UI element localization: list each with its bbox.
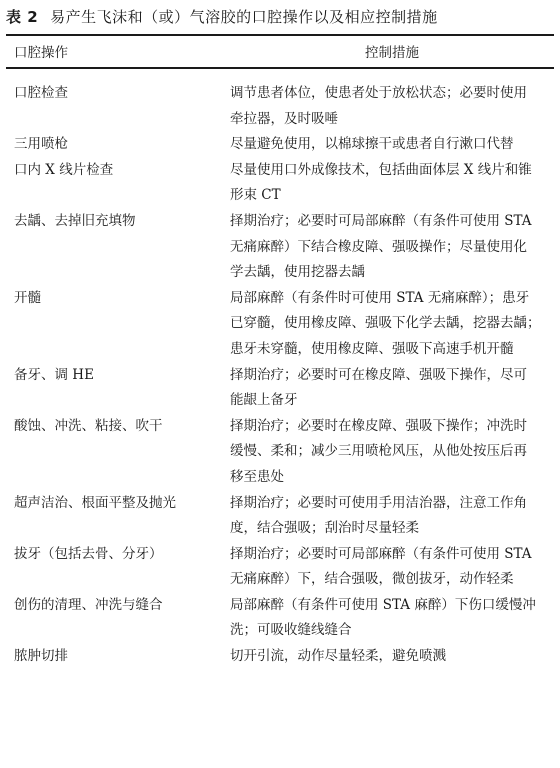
table-row: 开髓局部麻醉（有条件时可使用 STA 无痛麻醉）；患牙已穿髓，使用橡皮障、强吸下… xyxy=(0,286,560,363)
header-rule xyxy=(6,67,554,69)
control-cell: 局部麻醉（有条件可使用 STA 麻醉）下伤口缓慢冲洗；可吸收缝线缝合 xyxy=(230,593,554,644)
control-cell: 尽量避免使用，以棉球擦干或患者自行漱口代替 xyxy=(230,132,554,158)
control-line: 调节患者体位，使患者处于放松状态；必要时使用 xyxy=(230,81,554,107)
control-line: 择期治疗；必要时可局部麻醉（有条件可使用 STA xyxy=(230,542,554,568)
control-line: 能龈上备牙 xyxy=(230,388,554,414)
control-cell: 局部麻醉（有条件时可使用 STA 无痛麻醉）；患牙已穿髓，使用橡皮障、强吸下化学… xyxy=(230,286,554,363)
control-cell: 切开引流，动作尽量轻柔，避免喷溅 xyxy=(230,644,554,670)
control-cell: 调节患者体位，使患者处于放松状态；必要时使用牵拉器，及时吸唾 xyxy=(230,81,554,132)
operation-cell: 去龋、去掉旧充填物 xyxy=(0,209,230,286)
operation-cell: 酸蚀、冲洗、粘接、吹干 xyxy=(0,414,230,491)
column-header-operation: 口腔操作 xyxy=(14,40,68,66)
control-line: 牵拉器，及时吸唾 xyxy=(230,107,554,133)
control-cell: 择期治疗；必要时可局部麻醉（有条件可使用 STA无痛麻醉）下，结合强吸，微创拔牙… xyxy=(230,542,554,593)
table-number: 表 2 xyxy=(6,8,38,26)
control-line: 局部麻醉（有条件可使用 STA 麻醉）下伤口缓慢冲 xyxy=(230,593,554,619)
operation-cell: 备牙、调 HE xyxy=(0,363,230,414)
control-cell: 择期治疗；必要时可使用手用洁治器，注意工作角度，结合强吸；刮治时尽量轻柔 xyxy=(230,491,554,542)
control-line: 无痛麻醉）下，结合强吸，微创拔牙，动作轻柔 xyxy=(230,567,554,593)
control-line: 择期治疗；必要时可使用手用洁治器，注意工作角 xyxy=(230,491,554,517)
table-row: 脓肿切排切开引流，动作尽量轻柔，避免喷溅 xyxy=(0,644,560,670)
operation-cell: 创伤的清理、冲洗与缝合 xyxy=(0,593,230,644)
operation-cell: 口内 X 线片检查 xyxy=(0,158,230,209)
control-line: 缓慢、柔和；减少三用喷枪风压，从他处按压后再 xyxy=(230,439,554,465)
control-line: 切开引流，动作尽量轻柔，避免喷溅 xyxy=(230,644,554,670)
operation-cell: 脓肿切排 xyxy=(0,644,230,670)
control-cell: 择期治疗；必要时可在橡皮障、强吸下操作，尽可能龈上备牙 xyxy=(230,363,554,414)
control-line: 洗；可吸收缝线缝合 xyxy=(230,618,554,644)
table-header: 口腔操作 控制措施 xyxy=(0,40,560,66)
table-row: 口内 X 线片检查尽量使用口外成像技术，包括曲面体层 X 线片和锥形束 CT xyxy=(0,158,560,209)
control-line: 尽量使用口外成像技术，包括曲面体层 X 线片和锥 xyxy=(230,158,554,184)
operation-cell: 口腔检查 xyxy=(0,81,230,132)
top-rule xyxy=(6,34,554,36)
control-line: 已穿髓，使用橡皮障、强吸下化学去龋，挖器去龋； xyxy=(230,311,554,337)
control-line: 度，结合强吸；刮治时尽量轻柔 xyxy=(230,516,554,542)
control-cell: 择期治疗；必要时在橡皮障、强吸下操作；冲洗时缓慢、柔和；减少三用喷枪风压，从他处… xyxy=(230,414,554,491)
operation-cell: 开髓 xyxy=(0,286,230,363)
control-line: 学去龋，使用挖器去龋 xyxy=(230,260,554,286)
table-row: 三用喷枪尽量避免使用，以棉球擦干或患者自行漱口代替 xyxy=(0,132,560,158)
table-body: 口腔检查调节患者体位，使患者处于放松状态；必要时使用牵拉器，及时吸唾三用喷枪尽量… xyxy=(0,81,560,670)
table-row: 创伤的清理、冲洗与缝合局部麻醉（有条件可使用 STA 麻醉）下伤口缓慢冲洗；可吸… xyxy=(0,593,560,644)
table-row: 备牙、调 HE择期治疗；必要时可在橡皮障、强吸下操作，尽可能龈上备牙 xyxy=(0,363,560,414)
table-row: 拔牙（包括去骨、分牙）择期治疗；必要时可局部麻醉（有条件可使用 STA无痛麻醉）… xyxy=(0,542,560,593)
operation-cell: 拔牙（包括去骨、分牙） xyxy=(0,542,230,593)
table-caption: 易产生飞沫和（或）气溶胶的口腔操作以及相应控制措施 xyxy=(50,8,438,26)
table-row: 酸蚀、冲洗、粘接、吹干择期治疗；必要时在橡皮障、强吸下操作；冲洗时缓慢、柔和；减… xyxy=(0,414,560,491)
control-line: 无痛麻醉）下结合橡皮障、强吸操作；尽量使用化 xyxy=(230,235,554,261)
operation-cell: 超声洁治、根面平整及抛光 xyxy=(0,491,230,542)
control-line: 尽量避免使用，以棉球擦干或患者自行漱口代替 xyxy=(230,132,554,158)
operation-cell: 三用喷枪 xyxy=(0,132,230,158)
table-title: 表 2易产生飞沫和（或）气溶胶的口腔操作以及相应控制措施 xyxy=(6,6,438,28)
control-cell: 择期治疗；必要时可局部麻醉（有条件可使用 STA无痛麻醉）下结合橡皮障、强吸操作… xyxy=(230,209,554,286)
table-row: 口腔检查调节患者体位，使患者处于放松状态；必要时使用牵拉器，及时吸唾 xyxy=(0,81,560,132)
control-line: 择期治疗；必要时可在橡皮障、强吸下操作，尽可 xyxy=(230,363,554,389)
control-line: 移至患处 xyxy=(230,465,554,491)
control-line: 择期治疗；必要时可局部麻醉（有条件可使用 STA xyxy=(230,209,554,235)
table-row: 去龋、去掉旧充填物择期治疗；必要时可局部麻醉（有条件可使用 STA无痛麻醉）下结… xyxy=(0,209,560,286)
control-line: 择期治疗；必要时在橡皮障、强吸下操作；冲洗时 xyxy=(230,414,554,440)
column-header-control: 控制措施 xyxy=(230,40,554,66)
control-line: 患牙未穿髓，使用橡皮障、强吸下高速手机开髓 xyxy=(230,337,554,363)
control-line: 形束 CT xyxy=(230,183,554,209)
control-line: 局部麻醉（有条件时可使用 STA 无痛麻醉）；患牙 xyxy=(230,286,554,312)
control-cell: 尽量使用口外成像技术，包括曲面体层 X 线片和锥形束 CT xyxy=(230,158,554,209)
table-row: 超声洁治、根面平整及抛光择期治疗；必要时可使用手用洁治器，注意工作角度，结合强吸… xyxy=(0,491,560,542)
